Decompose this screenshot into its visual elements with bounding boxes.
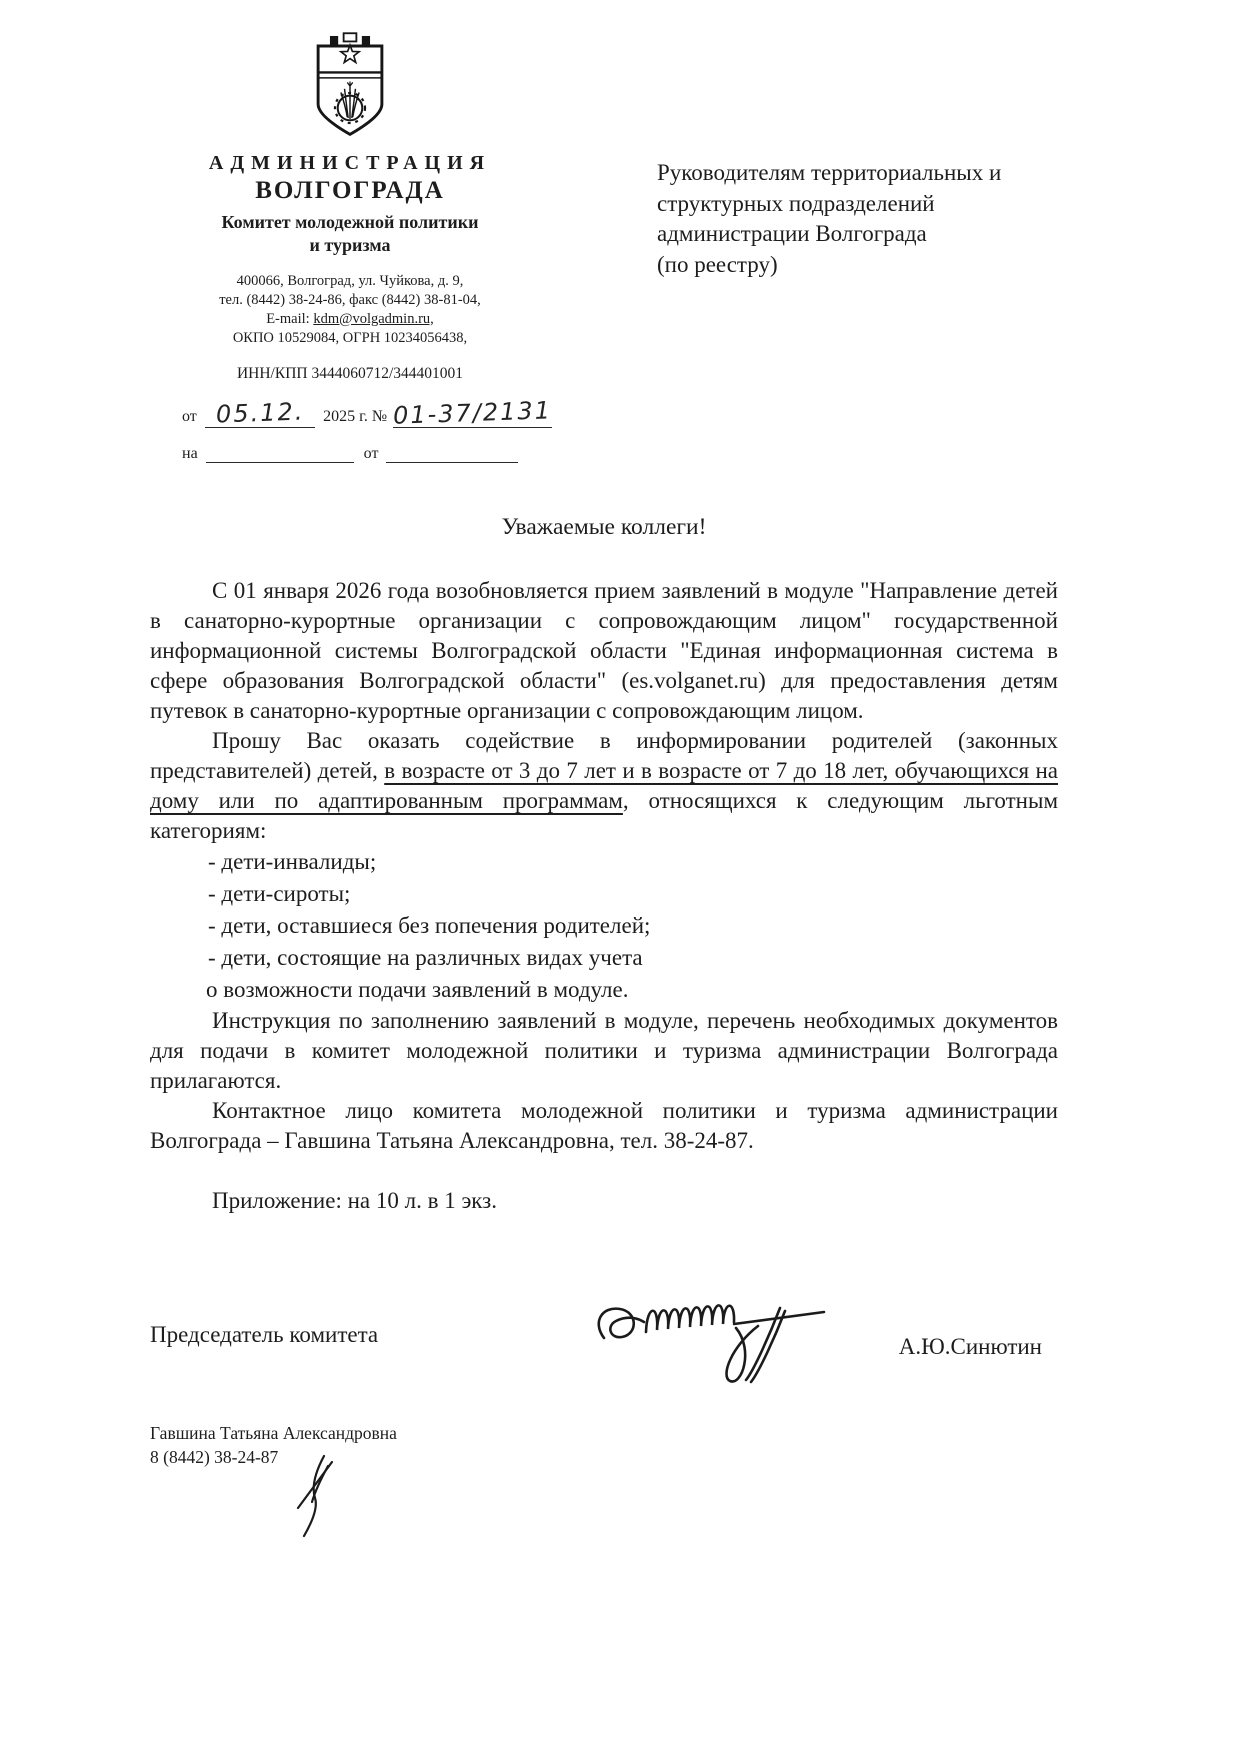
ref-prefix: на (182, 445, 198, 463)
list-item: - дети-инвалиды; (208, 846, 1058, 878)
email-line: E-mail: kdm@volgadmin.ru, (148, 310, 552, 329)
paragraph-2: Прошу Вас оказать содействие в информиро… (150, 726, 1058, 846)
salutation: Уважаемые коллеги! (150, 514, 1058, 541)
date-suffix: 2025 г. № (323, 408, 387, 428)
date-field: 05.12. (205, 399, 315, 428)
address-line2: тел. (8442) 38-24-86, факс (8442) 38-81-… (148, 291, 552, 310)
email-label: E-mail: (266, 311, 310, 327)
attachment-note: Приложение: на 10 л. в 1 экз. (150, 1186, 1058, 1216)
executor-name: Гавшина Татьяна Александровна (150, 1422, 397, 1446)
inn-kpp-line: ИНН/КПП 3444060712/344401001 (148, 364, 552, 384)
volgograd-coat-of-arms-icon (309, 28, 391, 146)
reference-line: на от (148, 444, 552, 463)
org-name-line2: ВОЛГОГРАДА (148, 177, 552, 205)
list-item: - дети, состоящие на различных видах уче… (208, 942, 1058, 974)
ref-blank-2 (386, 444, 518, 463)
paragraph-4: Контактное лицо комитета молодежной поли… (150, 1096, 1058, 1156)
org-name-line1: АДМИНИСТРАЦИЯ (148, 152, 552, 175)
list-item: - дети-сироты; (208, 878, 1058, 910)
recipient-line2: структурных подразделений (657, 189, 1097, 220)
recipient-block: Руководителям территориальных и структур… (657, 158, 1097, 280)
signature-block: Председатель комитета А.Ю.Синютин (150, 1308, 1058, 1398)
signer-name: А.Ю.Синютин (899, 1334, 1042, 1360)
letterhead: АДМИНИСТРАЦИЯ ВОЛГОГРАДА Комитет молодеж… (148, 28, 552, 463)
date-number-line: от 05.12. 2025 г. № 01-37/2131 (148, 399, 552, 428)
recipient-line3: администрации Волгограда (657, 219, 1097, 250)
date-prefix: от (182, 408, 197, 428)
list-item: - дети, оставшиеся без попечения родител… (208, 910, 1058, 942)
okpo-ogrn-line: ОКПО 10529084, ОГРН 10234056438, (148, 329, 552, 348)
ref-blank-1 (206, 444, 354, 463)
department-line1: Комитет молодежной политики (148, 211, 552, 234)
recipient-line1: Руководителям территориальных и (657, 158, 1097, 189)
scanned-letter-page: АДМИНИСТРАЦИЯ ВОЛГОГРАДА Комитет молодеж… (0, 0, 1242, 1755)
list-tail: о возможности подачи заявлений в модуле. (206, 974, 1058, 1006)
department-line2: и туризма (148, 234, 552, 257)
ref-mid: от (364, 445, 379, 463)
recipient-line4: (по реестру) (657, 250, 1097, 281)
signer-position: Председатель комитета (150, 1322, 378, 1348)
email-address: kdm@volgadmin.ru, (313, 311, 433, 327)
address-block: 400066, Волгоград, ул. Чуйкова, д. 9, те… (148, 272, 552, 385)
letter-body: С 01 января 2026 года возобновляется при… (150, 576, 1058, 1216)
signature-autograph (588, 1282, 856, 1394)
address-line1: 400066, Волгоград, ул. Чуйкова, д. 9, (148, 272, 552, 291)
paraph-autograph (288, 1452, 340, 1544)
handwritten-number: 01-37/2131 (393, 396, 553, 430)
paragraph-1: С 01 января 2026 года возобновляется при… (150, 576, 1058, 726)
category-list: - дети-инвалиды; - дети-сироты; - дети, … (208, 846, 1058, 974)
number-field: 01-37/2131 (393, 399, 552, 428)
paragraph-3: Инструкция по заполнению заявлений в мод… (150, 1006, 1058, 1096)
handwritten-date: 05.12. (215, 397, 304, 428)
executor-block: Гавшина Татьяна Александровна 8 (8442) 3… (150, 1422, 397, 1469)
executor-phone: 8 (8442) 38-24-87 (150, 1446, 397, 1470)
